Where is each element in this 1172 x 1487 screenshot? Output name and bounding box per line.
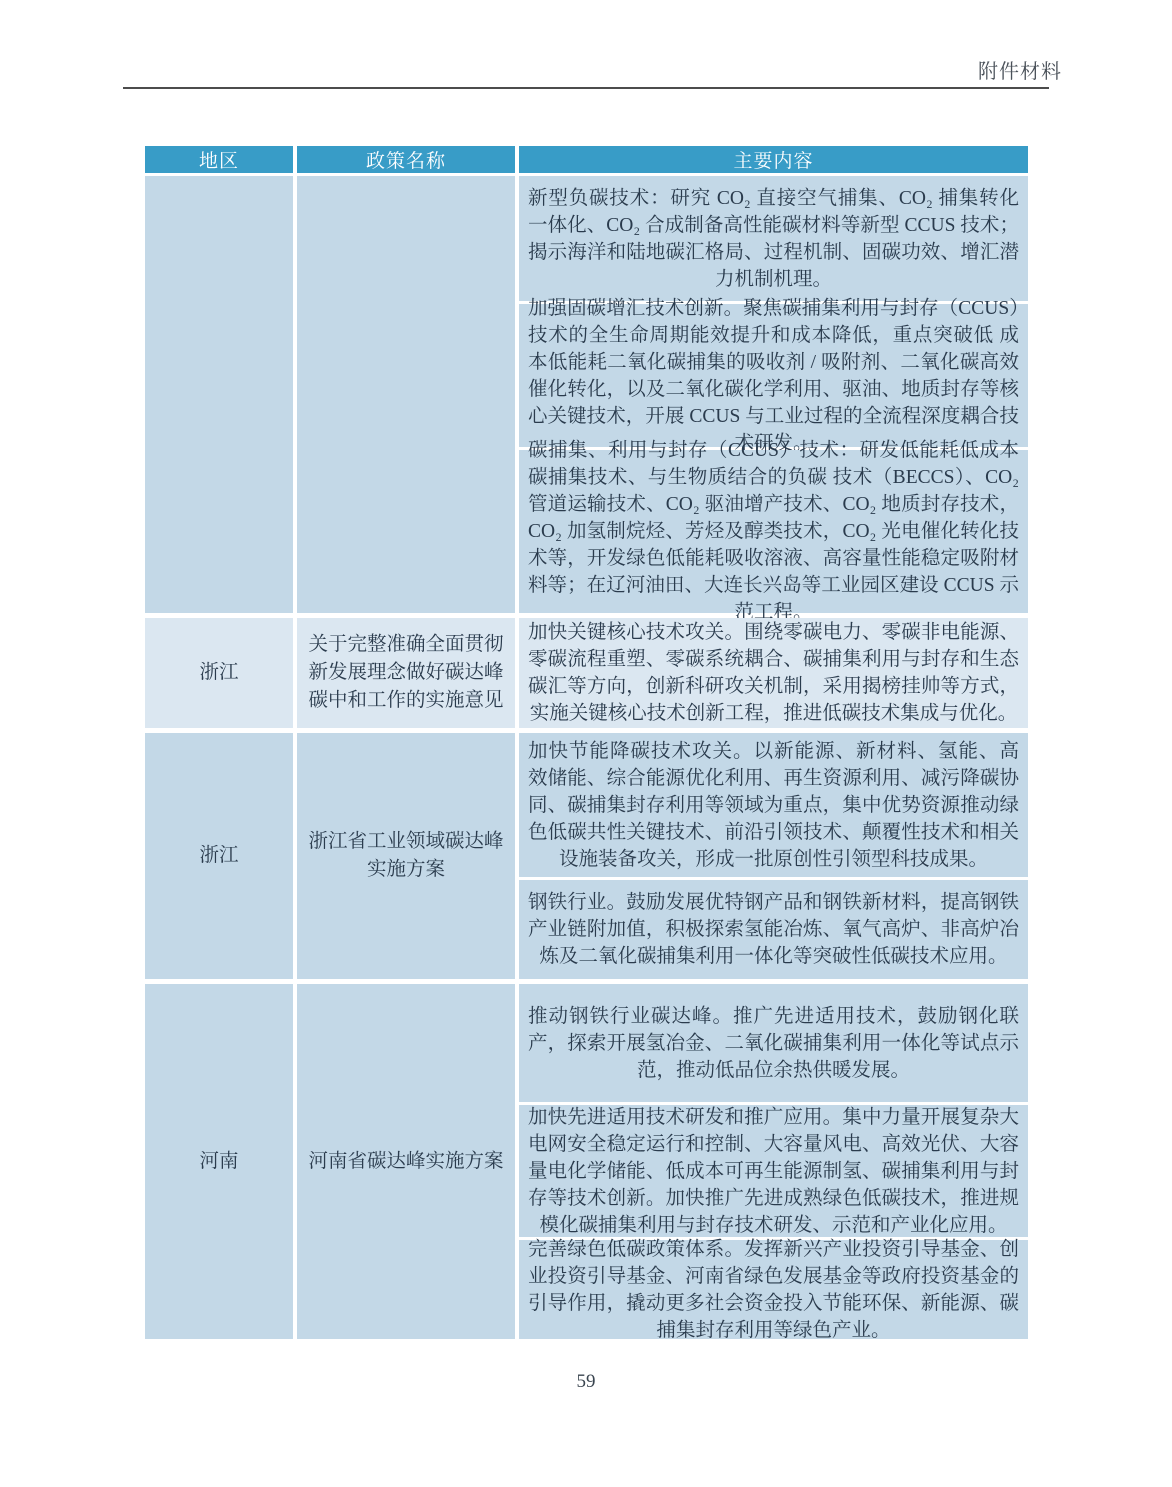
content-text: 加强固碳增汇技术创新。聚焦碳捕集利用与封存（CCUS）技术的全生命周期能效提升和… xyxy=(528,295,1019,457)
header-rule xyxy=(123,87,1049,89)
table-row: 河南 河南省碳达峰实施方案 推动钢铁行业碳达峰。推广先进适用技术，鼓励钢化联产，… xyxy=(145,984,1028,1339)
region-cell xyxy=(145,176,293,613)
content-cell: 加快先进适用技术研发和推广应用。集中力量开展复杂大电网安全稳定运行和控制、大容量… xyxy=(519,1105,1028,1237)
content-text: 加快先进适用技术研发和推广应用。集中力量开展复杂大电网安全稳定运行和控制、大容量… xyxy=(528,1104,1019,1239)
content-text: 钢铁行业。鼓励发展优特钢产品和钢铁新材料，提高钢铁产业链附加值，积极探索氢能冶炼… xyxy=(528,889,1019,970)
column-header-region: 地区 xyxy=(145,146,293,173)
region-cell: 浙江 xyxy=(145,733,293,979)
content-text: 加快关键核心技术攻关。围绕零碳电力、零碳非电能源、零碳流程重塑、零碳系统耦合、碳… xyxy=(528,619,1019,727)
policy-name-cell xyxy=(297,176,515,613)
table-row: 新型负碳技术：研究 CO₂ 直接空气捕集、CO₂ 捕集转化一体化、CO₂ 合成制… xyxy=(145,176,1028,613)
policy-name-cell: 河南省碳达峰实施方案 xyxy=(297,984,515,1339)
content-stack: 新型负碳技术：研究 CO₂ 直接空气捕集、CO₂ 捕集转化一体化、CO₂ 合成制… xyxy=(519,176,1028,613)
content-cell: 加快节能降碳技术攻关。以新能源、新材料、氢能、高 效储能、综合能源优化利用、再生… xyxy=(519,733,1028,877)
content-text: 碳捕集、利用与封存（CCUS）技术：研发低能耗低成本碳捕集技术、与生物质结合的负… xyxy=(528,437,1019,626)
region-cell: 浙江 xyxy=(145,618,293,728)
region-cell: 河南 xyxy=(145,984,293,1339)
content-stack: 加快节能降碳技术攻关。以新能源、新材料、氢能、高 效储能、综合能源优化利用、再生… xyxy=(519,733,1028,979)
content-text: 推动钢铁行业碳达峰。推广先进适用技术，鼓励钢化联产，探索开展氢冶金、二氧化碳捕集… xyxy=(528,1003,1019,1084)
content-text: 加快节能降碳技术攻关。以新能源、新材料、氢能、高 效储能、综合能源优化利用、再生… xyxy=(528,738,1019,873)
table-header-row: 地区 政策名称 主要内容 xyxy=(145,146,1028,173)
content-cell: 推动钢铁行业碳达峰。推广先进适用技术，鼓励钢化联产，探索开展氢冶金、二氧化碳捕集… xyxy=(519,984,1028,1102)
content-cell: 完善绿色低碳政策体系。发挥新兴产业投资引导基金、创业投资引导基金、河南省绿色发展… xyxy=(519,1240,1028,1339)
content-stack: 推动钢铁行业碳达峰。推广先进适用技术，鼓励钢化联产，探索开展氢冶金、二氧化碳捕集… xyxy=(519,984,1028,1339)
content-cell: 钢铁行业。鼓励发展优特钢产品和钢铁新材料，提高钢铁产业链附加值，积极探索氢能冶炼… xyxy=(519,880,1028,979)
column-header-policy-name: 政策名称 xyxy=(297,146,515,173)
content-text: 完善绿色低碳政策体系。发挥新兴产业投资引导基金、创业投资引导基金、河南省绿色发展… xyxy=(528,1236,1019,1344)
table-row: 浙江 关于完整准确全面贯彻新发展理念做好碳达峰碳中和工作的实施意见 加快关键核心… xyxy=(145,618,1028,728)
header-note: 附件材料 xyxy=(978,55,1062,84)
content-cell: 碳捕集、利用与封存（CCUS）技术：研发低能耗低成本碳捕集技术、与生物质结合的负… xyxy=(519,450,1028,613)
policy-name-cell: 浙江省工业领域碳达峰实施方案 xyxy=(297,733,515,979)
table-row: 浙江 浙江省工业领域碳达峰实施方案 加快节能降碳技术攻关。以新能源、新材料、氢能… xyxy=(145,733,1028,979)
content-text: 新型负碳技术：研究 CO₂ 直接空气捕集、CO₂ 捕集转化一体化、CO₂ 合成制… xyxy=(528,185,1019,293)
page-number: 59 xyxy=(0,1371,1172,1393)
policy-table: 地区 政策名称 主要内容 新型负碳技术：研究 CO₂ 直接空气捕集、CO₂ 捕集… xyxy=(145,146,1028,1339)
content-cell: 加快关键核心技术攻关。围绕零碳电力、零碳非电能源、零碳流程重塑、零碳系统耦合、碳… xyxy=(519,618,1028,728)
column-header-main-content: 主要内容 xyxy=(519,146,1028,173)
content-stack: 加快关键核心技术攻关。围绕零碳电力、零碳非电能源、零碳流程重塑、零碳系统耦合、碳… xyxy=(519,618,1028,728)
content-cell: 加强固碳增汇技术创新。聚焦碳捕集利用与封存（CCUS）技术的全生命周期能效提升和… xyxy=(519,304,1028,447)
policy-name-cell: 关于完整准确全面贯彻新发展理念做好碳达峰碳中和工作的实施意见 xyxy=(297,618,515,728)
content-cell: 新型负碳技术：研究 CO₂ 直接空气捕集、CO₂ 捕集转化一体化、CO₂ 合成制… xyxy=(519,176,1028,301)
